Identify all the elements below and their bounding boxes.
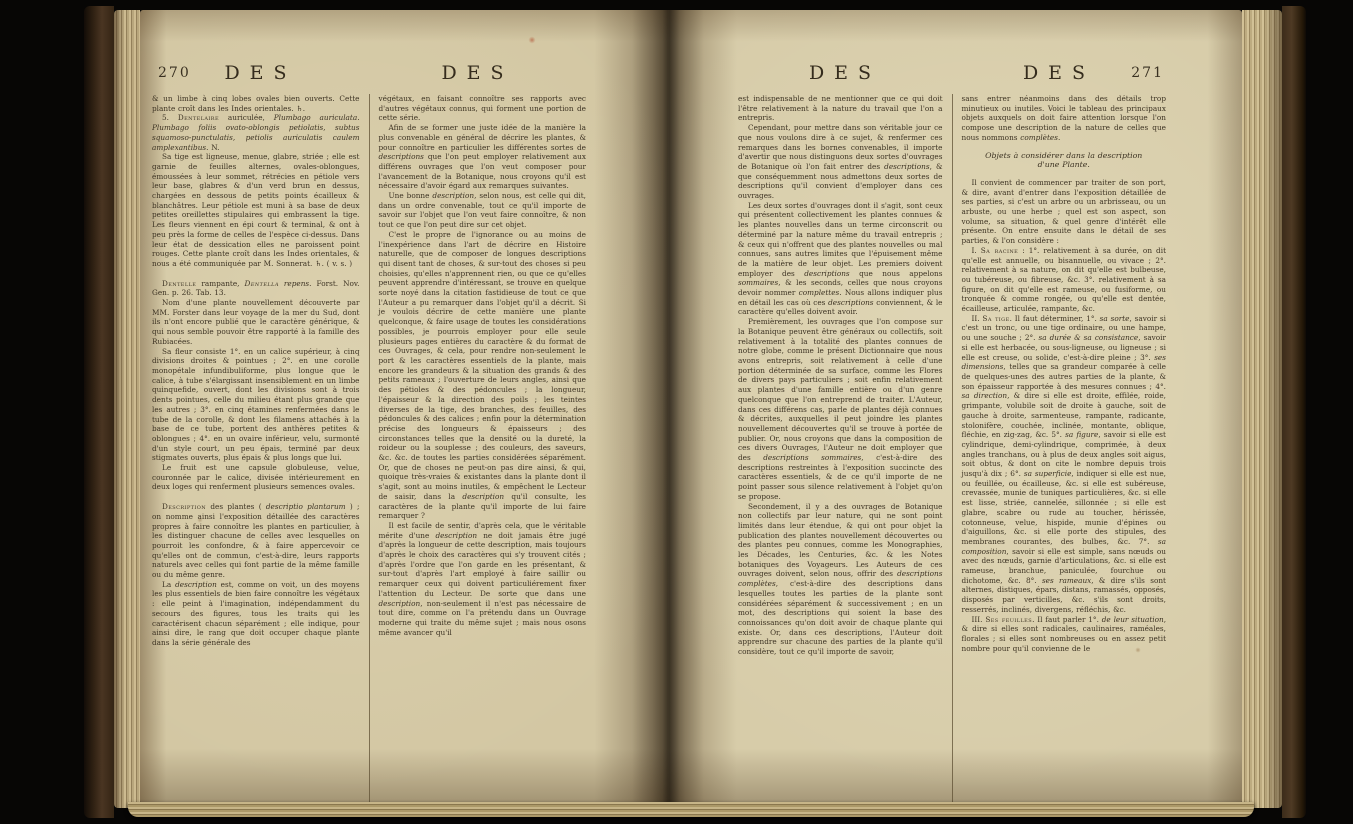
header-cell: DES bbox=[738, 62, 952, 88]
photo-background: 270 DES DES & un limbe à cinq lobes oval… bbox=[0, 0, 1353, 824]
text-columns: est indispensable de ne mentionner que c… bbox=[738, 94, 1166, 804]
text-columns: & un limbe à cinq lobes ovales bien ouve… bbox=[152, 94, 586, 804]
paragraph: Nom d'une plante nouvellement découverte… bbox=[152, 298, 360, 347]
paragraph: Les deux sortes d'ouvrages dont il s'agi… bbox=[738, 201, 943, 317]
column-1: & un limbe à cinq lobes ovales bien ouve… bbox=[152, 94, 360, 804]
paragraph: Le fruit est une capsule globuleuse, vel… bbox=[152, 463, 360, 492]
column-1: est indispensable de ne mentionner que c… bbox=[738, 94, 943, 804]
page-right-content: DES DES 271 est indispensable de ne ment… bbox=[738, 10, 1166, 804]
running-header: DES bbox=[809, 62, 881, 84]
page-right-header: DES DES 271 bbox=[738, 62, 1166, 88]
header-cell: DES 271 bbox=[952, 62, 1166, 88]
paragraph: I. Sa racine : 1°. relativement à sa dur… bbox=[962, 246, 1167, 314]
paragraph: II. Sa tige. Il faut déterminer, 1°. sa … bbox=[962, 314, 1167, 615]
paragraph: Sa tige est ligneuse, menue, glabre, str… bbox=[152, 152, 360, 268]
paragraph: Cependant, pour mettre dans son véritabl… bbox=[738, 123, 943, 201]
paragraph: Il convient de commencer par traiter de … bbox=[962, 178, 1167, 246]
column-2: végétaux, en faisant connoître ses rappo… bbox=[369, 94, 587, 804]
paragraph: Description des plantes ( descriptio pla… bbox=[152, 502, 360, 580]
running-header: DES bbox=[224, 62, 296, 84]
page-number-left: 270 bbox=[158, 65, 191, 81]
running-header: DES bbox=[441, 62, 513, 84]
paragraph: & un limbe à cinq lobes ovales bien ouve… bbox=[152, 94, 360, 113]
paragraph: Afin de se former une juste idée de la m… bbox=[379, 123, 587, 191]
paragraph: Sa fleur consiste 1°. en un calice supér… bbox=[152, 347, 360, 463]
running-header: DES bbox=[1023, 62, 1095, 84]
paragraph: C'est le propre de l'ignorance ou au moi… bbox=[379, 230, 587, 521]
page-right: DES DES 271 est indispensable de ne ment… bbox=[668, 10, 1242, 804]
right-page-stack-edge bbox=[1242, 10, 1282, 808]
bottom-page-stack-edge bbox=[128, 802, 1254, 817]
paragraph: végétaux, en faisant connoître ses rappo… bbox=[379, 94, 587, 123]
paragraph: Premièrement, les ouvrages que l'on comp… bbox=[738, 317, 943, 501]
header-cell: DES bbox=[369, 62, 586, 88]
paragraph: III. Ses feuilles. Il faut parler 1°. de… bbox=[962, 615, 1167, 654]
open-book: 270 DES DES & un limbe à cinq lobes oval… bbox=[84, 6, 1306, 818]
page-left-content: 270 DES DES & un limbe à cinq lobes oval… bbox=[152, 10, 586, 804]
paragraph: Dentelle rampante, Dentella repens. Fors… bbox=[152, 279, 360, 298]
page-left-header: 270 DES DES bbox=[152, 62, 586, 88]
page-left: 270 DES DES & un limbe à cinq lobes oval… bbox=[140, 10, 668, 804]
right-cover-board bbox=[1282, 6, 1306, 818]
left-cover-board bbox=[84, 6, 114, 818]
paragraph: La description est, comme on voit, un de… bbox=[152, 580, 360, 648]
paragraph: Une bonne description, selon nous, est c… bbox=[379, 191, 587, 230]
paragraph: est indispensable de ne mentionner que c… bbox=[738, 94, 943, 123]
paragraph: Il est facile de sentir, d'après cela, q… bbox=[379, 521, 587, 637]
column-2: sans entrer néanmoins dans des détails t… bbox=[952, 94, 1167, 804]
paragraph: Objets à considérer dans la description … bbox=[976, 151, 1153, 170]
paragraph: Secondement, il y a des ouvrages de Bota… bbox=[738, 502, 943, 657]
header-cell: 270 DES bbox=[152, 62, 369, 88]
paragraph: sans entrer néanmoins dans des détails t… bbox=[962, 94, 1167, 143]
page-number-right: 271 bbox=[1131, 65, 1164, 81]
left-page-stack-edge bbox=[114, 10, 140, 808]
paragraph: 5. Dentelaire auriculée, Plumbago auricu… bbox=[152, 113, 360, 152]
